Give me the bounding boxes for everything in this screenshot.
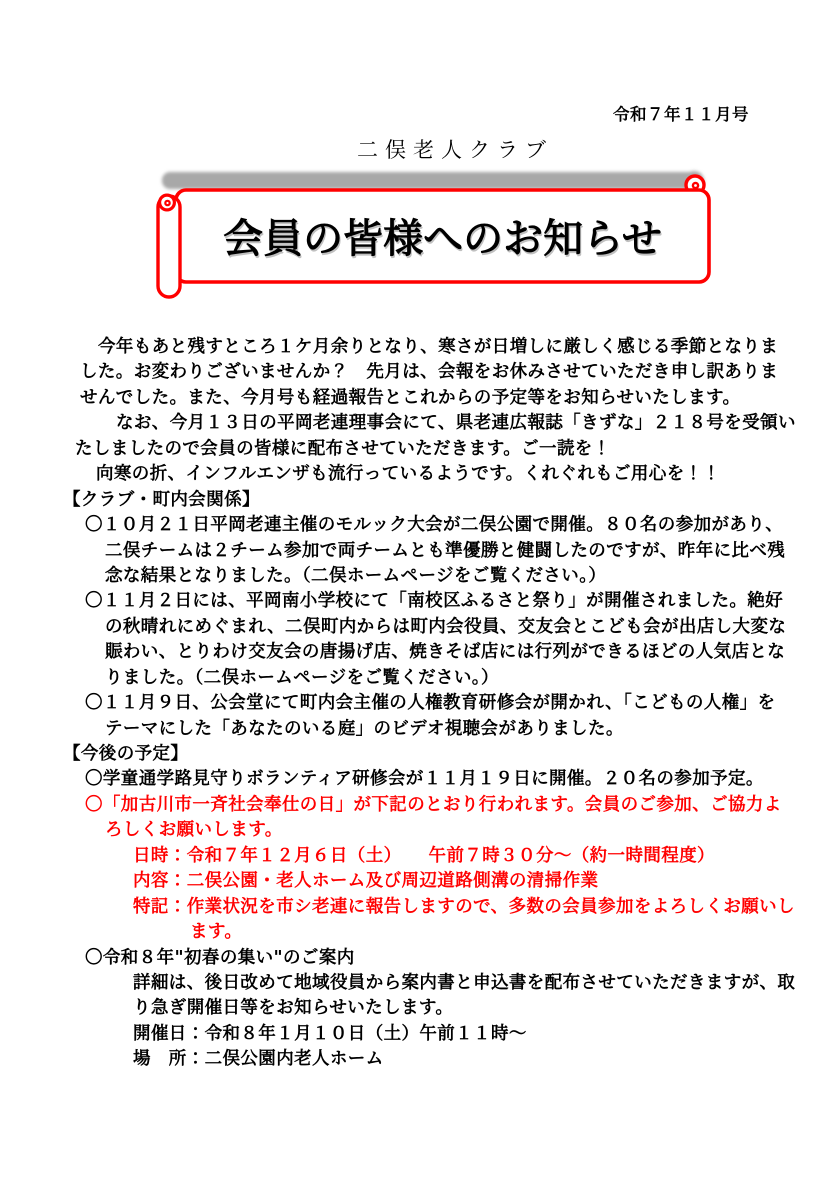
body-line: 二俣チームは２チーム参加で両チームとも準優勝と健闘したのですが、昨年に比べ残 bbox=[63, 539, 803, 564]
club-name: 二俣老人クラブ bbox=[357, 134, 553, 164]
body-line: 【クラブ・町内会関係】 bbox=[63, 488, 803, 513]
body-text: 今年もあと残すところ１ケ月余りとなり、寒さが日増しに厳しく感じる季節となりました… bbox=[63, 335, 803, 1073]
body-line: なお、今月１３日の平岡老連理事会にて、県老連広報誌「きずな」２１８号を受領い bbox=[63, 411, 803, 436]
body-line: り急ぎ開催日等をお知らせいたします。 bbox=[63, 996, 803, 1021]
body-line: 詳細は、後日改めて地域役員から案内書と申込書を配布させていただきますが、取 bbox=[63, 971, 803, 996]
body-line: りました。（二俣ホームページをご覧ください。） bbox=[63, 666, 803, 691]
body-line: たしましたので会員の皆様に配布させていただきます。ご一読を！ bbox=[63, 437, 803, 462]
body-line: 念な結果となりました。（二俣ホームページをご覧ください。） bbox=[63, 564, 803, 589]
scroll-top-shadow bbox=[162, 171, 704, 191]
body-line: ろしくお願いします。 bbox=[63, 818, 803, 843]
banner-title: 会員の皆様へのお知らせ bbox=[177, 190, 708, 281]
scroll-left-curl bbox=[160, 195, 175, 210]
banner: 会員の皆様へのお知らせ bbox=[150, 166, 720, 306]
body-line: の秋晴れにめぐまれ、二俣町内からは町内会役員、交友会とこども会が出店し大変な bbox=[63, 615, 803, 640]
body-line: ます。 bbox=[63, 920, 803, 945]
body-line: 向寒の折、インフルエンザも流行っているようです。くれぐれもご用心を！！ bbox=[63, 462, 803, 487]
body-line: した。お変わりございませんか？ 先月は、会報をお休みさせていただき申し訳ありま bbox=[63, 360, 803, 385]
body-line: 内容：二俣公園・老人ホーム及び周辺道路側溝の清掃作業 bbox=[63, 869, 803, 894]
body-line: 今年もあと残すところ１ケ月余りとなり、寒さが日増しに厳しく感じる季節となりま bbox=[63, 335, 803, 360]
body-line: 〇１１月９日、公会堂にて町内会主催の人権教育研修会が開かれ、「こどもの人権」を bbox=[63, 691, 803, 716]
body-line: 〇１０月２１日平岡老連主催のモルック大会が二俣公園で開催。８０名の参加があり、 bbox=[63, 513, 803, 538]
body-line: 〇１１月２日には、平岡南小学校にて「南校区ふるさと祭り」が開催されました。絶好 bbox=[63, 589, 803, 614]
body-line: 〇学童通学路見守りボランティア研修会が１１月１９日に開催。２０名の参加予定。 bbox=[63, 767, 803, 792]
issue-label: 令和７年１１月号 bbox=[613, 101, 749, 125]
body-line: 【今後の予定】 bbox=[63, 742, 803, 767]
body-line: せんでした。また、今月号も経過報告とこれからの予定等をお知らせいたします。 bbox=[63, 386, 803, 411]
body-line: テーマにした「あなたのいる庭」のビデオ視聴会がありました。 bbox=[63, 717, 803, 742]
body-line: 場 所：二俣公園内老人ホーム bbox=[63, 1047, 803, 1072]
body-line: 〇「加古川市一斉社会奉仕の日」が下記のとおり行われます。会員のご参加、ご協力よ bbox=[63, 793, 803, 818]
body-line: 開催日：令和８年１月１０日（土）午前１１時～ bbox=[63, 1022, 803, 1047]
body-line: 日時：令和７年１２月６日（土） 午前７時３０分～（約一時間程度） bbox=[63, 844, 803, 869]
body-line: 〇令和８年"初春の集い"のご案内 bbox=[63, 946, 803, 971]
body-line: 賑わい、とりわけ交友会の唐揚げ店、焼きそば店には行列ができるほどの人気店とな bbox=[63, 640, 803, 665]
page: 令和７年１１月号 二俣老人クラブ bbox=[0, 0, 839, 1200]
body-line: 特記：作業状況を市シ老連に報告しますので、多数の会員参加をよろしくお願いし bbox=[63, 895, 803, 920]
